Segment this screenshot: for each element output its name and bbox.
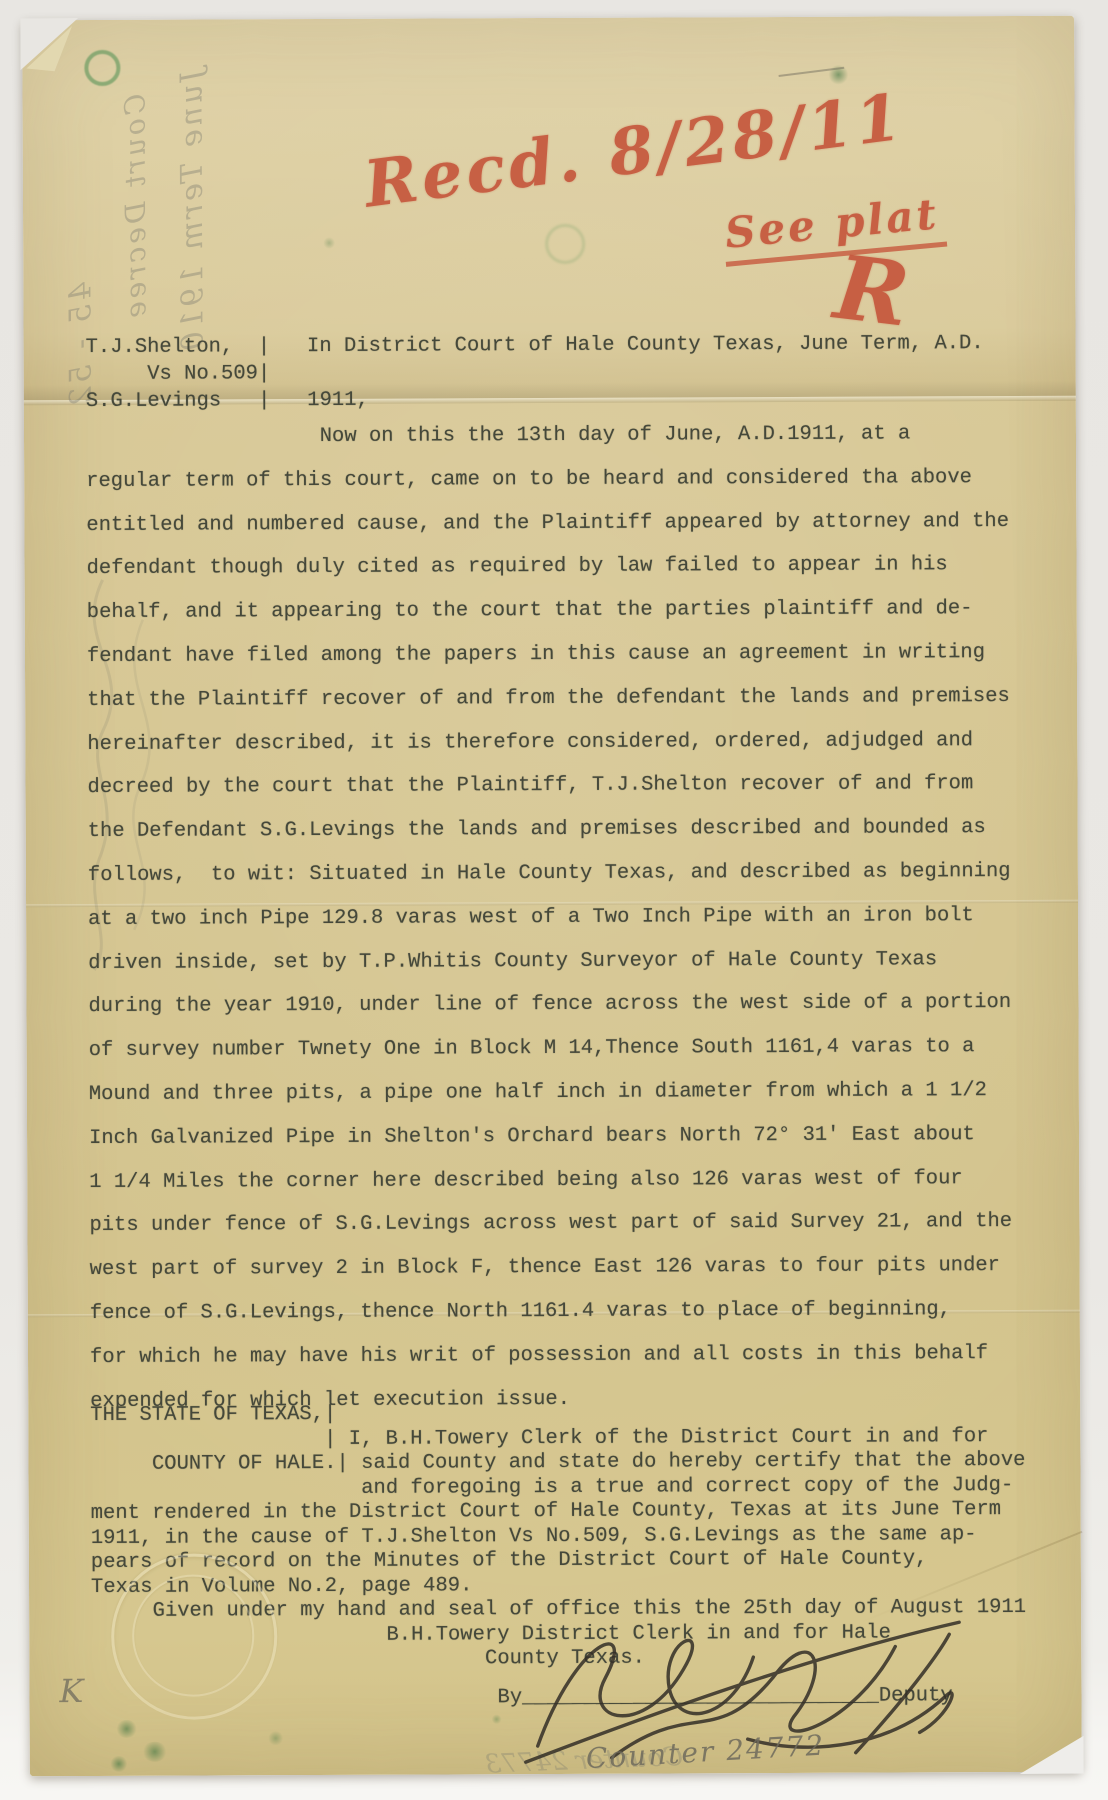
green-stamp-faint-icon [545, 224, 585, 264]
scanned-court-document: { "colors": { "paper": "#d6c792", "ink":… [0, 0, 1108, 1800]
see-plat-annotation: See plat [721, 189, 948, 267]
bleedthrough-note-3: June Term 1910 [174, 69, 210, 353]
green-smudge-icon [110, 1756, 128, 1772]
green-smudge-icon [268, 1731, 284, 1745]
case-caption: T.J.Shelton, | In District Court of Hale… [86, 330, 984, 415]
green-smudge-icon [142, 1742, 168, 1762]
embossed-seal-inner-ring [132, 1574, 255, 1697]
filing-mark-k: K [59, 1672, 83, 1710]
green-smudge-icon [492, 1714, 502, 1724]
aged-paper-sheet: 45 - 52 Court Decree June Term 1910 Coun… [22, 16, 1082, 1777]
cut-corner-bottom-right [1020, 1736, 1084, 1774]
green-smudge-icon [116, 1720, 138, 1738]
bleedthrough-note-2: Court Decree [118, 94, 152, 321]
green-smudge-icon [323, 237, 335, 249]
green-stamp-ring-icon [84, 50, 120, 86]
judgment-body: Now on this the 13th day of June, A.D.19… [86, 412, 1013, 1423]
embossed-seal [111, 1553, 278, 1720]
